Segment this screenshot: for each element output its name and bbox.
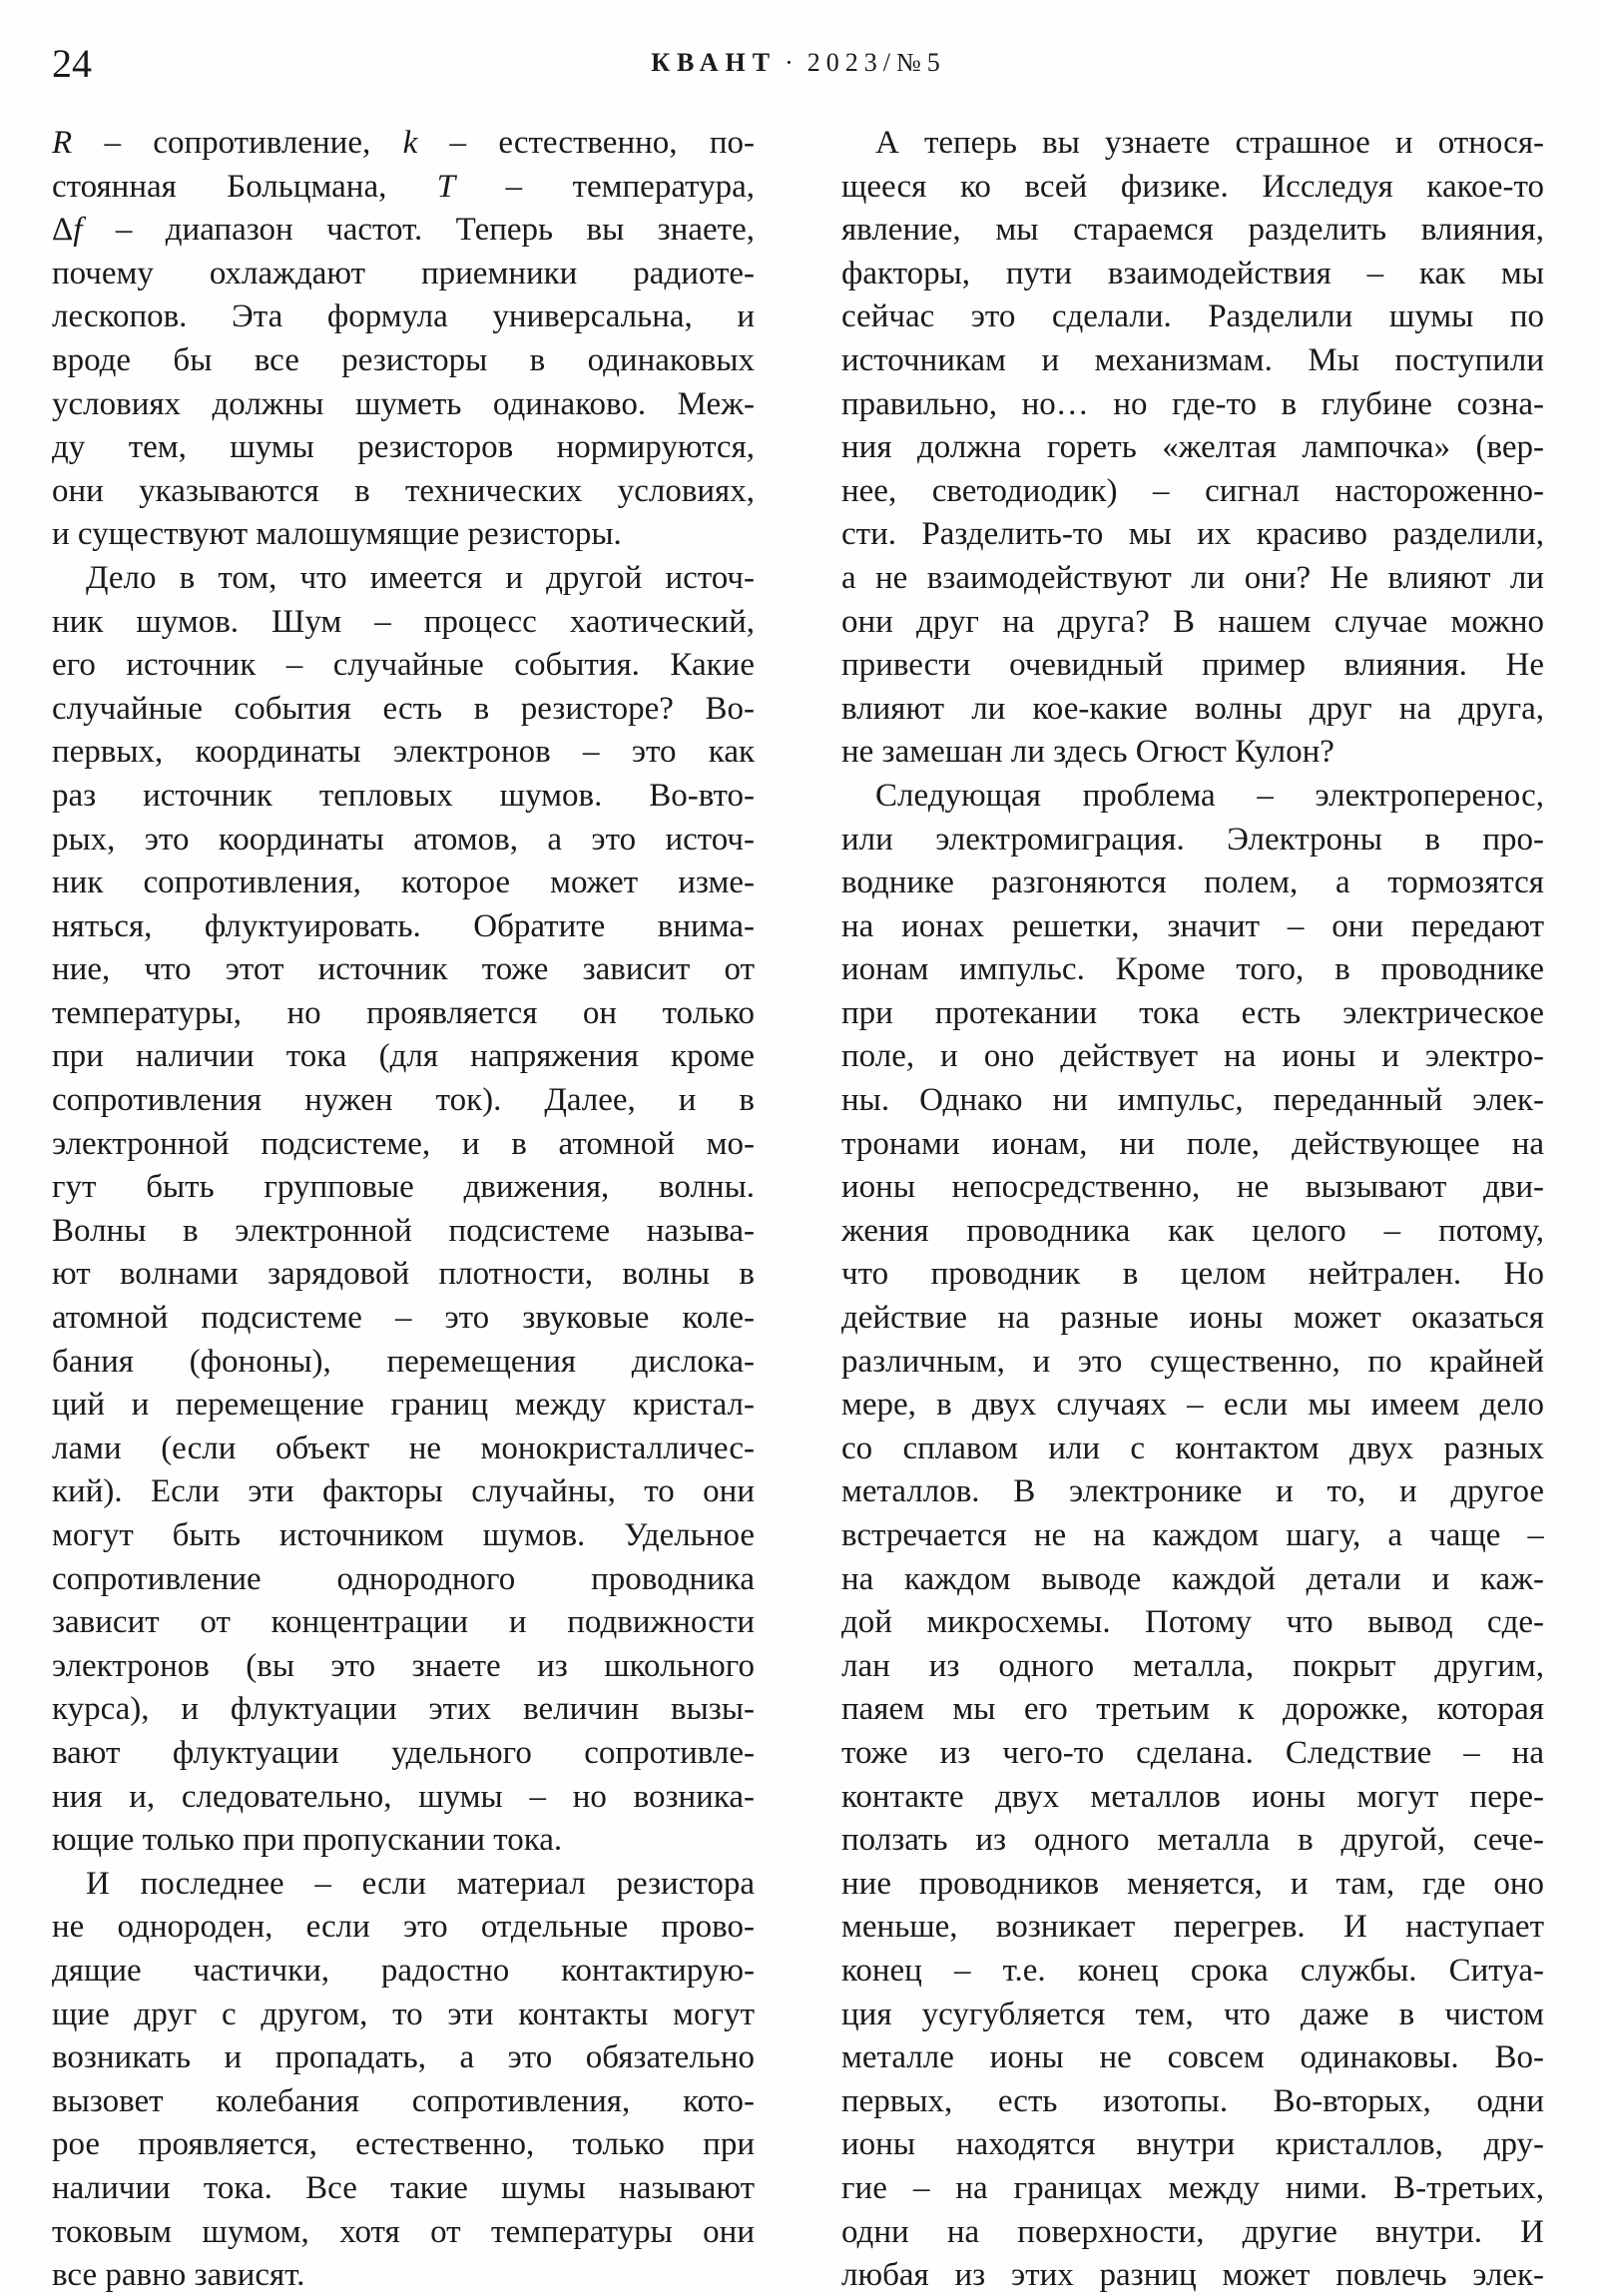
- text-line: случайные события есть в резисторе? Во-: [52, 688, 755, 732]
- text-line: могут быть источником шумов. Удельное: [52, 1514, 755, 1558]
- text-line: его источник – случайные события. Какие: [52, 644, 755, 688]
- text-line: металле ионы не совсем одинаковы. Во-: [841, 2036, 1544, 2080]
- text-line: они друг на друга? В нашем случае можно: [841, 601, 1544, 645]
- text-line: И последнее – если материал резистора: [52, 1863, 755, 1907]
- text-line: ник шумов. Шум – процесс хаотический,: [52, 601, 755, 645]
- left-column: R – сопротивление, k – естественно, по-с…: [52, 122, 755, 2296]
- separator: ·: [785, 48, 799, 77]
- text-line: ния должна гореть «желтая лампочка» (вер…: [841, 426, 1544, 470]
- var-T: T: [437, 169, 455, 205]
- running-head: КВАНТ·2023/№5: [0, 50, 1597, 76]
- text-line: все равно зависят.: [52, 2254, 755, 2296]
- text-line: почему охлаждают приемники радиоте-: [52, 253, 755, 296]
- text-line: воднике разгоняются полем, а тормозятся: [841, 861, 1544, 905]
- text-line: источникам и механизмам. Мы поступили: [841, 339, 1544, 383]
- text-line: зависит от концентрации и подвижности: [52, 1601, 755, 1645]
- text-line: электронной подсистеме, и в атомной мо-: [52, 1123, 755, 1167]
- text-line: Δf – диапазон частот. Теперь вы знаете,: [52, 209, 755, 253]
- text-line: вроде бы все резисторы в одинаковых: [52, 339, 755, 383]
- text-line: токовым шумом, хотя от температуры они: [52, 2211, 755, 2255]
- text-line: явление, мы стараемся разделить влияния,: [841, 209, 1544, 253]
- text-line: при наличии тока (для напряжения кроме: [52, 1035, 755, 1079]
- text-line: факторы, пути взаимодействия – как мы: [841, 253, 1544, 296]
- text-line: металлов. В электронике и то, и другое: [841, 1470, 1544, 1514]
- text-line: и существуют малошумящие резисторы.: [52, 513, 755, 557]
- text-line: или электромиграция. Электроны в про-: [841, 819, 1544, 862]
- text-line: конец – т.е. конец срока службы. Ситуа-: [841, 1950, 1544, 1994]
- magazine-title: КВАНТ: [651, 48, 777, 77]
- text-line: тоже из чего-то сделана. Следствие – на: [841, 1732, 1544, 1776]
- text-line: сопротивления нужен ток). Далее, и в: [52, 1079, 755, 1123]
- text-line: бания (фононы), перемещения дислока-: [52, 1341, 755, 1385]
- text-line: при протекании тока есть электрическое: [841, 992, 1544, 1036]
- text-line: электронов (вы это знаете из школьного: [52, 1645, 755, 1689]
- text-line: вызовет колебания сопротивления, кото-: [52, 2080, 755, 2124]
- text-line: курса), и флуктуации этих величин вызы-: [52, 1688, 755, 1732]
- text-line: первых, координаты электронов – это как: [52, 731, 755, 775]
- text-line: меньше, возникает перегрев. И наступает: [841, 1906, 1544, 1950]
- text-line: гут быть групповые движения, волны.: [52, 1166, 755, 1210]
- text-line: ние проводников меняется, и там, где оно: [841, 1863, 1544, 1907]
- text-line: рых, это координаты атомов, а это источ-: [52, 819, 755, 862]
- text-line: А теперь вы узнаете страшное и относя-: [841, 122, 1544, 166]
- text-line: ций и перемещение границ между кристал-: [52, 1384, 755, 1428]
- text-line: щие друг с другом, то эти контакты могут: [52, 1994, 755, 2037]
- text-line: ны. Однако ни импульс, переданный элек-: [841, 1079, 1544, 1123]
- text-line: дой микросхемы. Потому что вывод сде-: [841, 1601, 1544, 1645]
- text-line: рое проявляется, естественно, только при: [52, 2123, 755, 2167]
- text-line: ния и, следовательно, шумы – но возника-: [52, 1776, 755, 1820]
- text-line: R – сопротивление, k – естественно, по-: [52, 122, 755, 166]
- text-line: стоянная Больцмана, T – температура,: [52, 166, 755, 210]
- var-R: R: [52, 125, 72, 161]
- text-line: возникать и пропадать, а это обязательно: [52, 2036, 755, 2080]
- text-line: лан из одного металла, покрыт другим,: [841, 1645, 1544, 1689]
- text-line: Следующая проблема – электроперенос,: [841, 775, 1544, 819]
- var-k: k: [403, 125, 418, 161]
- text-line: а не взаимодействуют ли они? Не влияют л…: [841, 557, 1544, 601]
- text-line: любая из этих разниц может повлечь элек-: [841, 2254, 1544, 2296]
- text-line: не однороден, если это отдельные прово-: [52, 1906, 755, 1950]
- text-line: что проводник в целом нейтрален. Но: [841, 1253, 1544, 1297]
- text-line: встречается не на каждом шагу, а чаще –: [841, 1514, 1544, 1558]
- text-line: ют волнами зарядовой плотности, волны в: [52, 1253, 755, 1297]
- text-line: привести очевидный пример влияния. Не: [841, 644, 1544, 688]
- text-line: гие – на границах между ними. В-третьих,: [841, 2167, 1544, 2211]
- issue-number: 2023/№5: [807, 48, 946, 77]
- text-line: няться, флуктуировать. Обратите внима-: [52, 905, 755, 949]
- text-line: ионы находятся внутри кристаллов, дру-: [841, 2123, 1544, 2167]
- text-line: щееся ко всей физике. Исследуя какое-то: [841, 166, 1544, 210]
- text-line: одни на поверхности, другие внутри. И: [841, 2211, 1544, 2255]
- text-line: сейчас это сделали. Разделили шумы по: [841, 295, 1544, 339]
- text-line: ползать из одного металла в другой, сече…: [841, 1819, 1544, 1863]
- text-line: на ионах решетки, значит – они передают: [841, 905, 1544, 949]
- text-line: ние, что этот источник тоже зависит от: [52, 948, 755, 992]
- text-line: первых, есть изотопы. Во-вторых, одни: [841, 2080, 1544, 2124]
- text-line: ция усугубляется тем, что даже в чистом: [841, 1994, 1544, 2037]
- text-line: атомной подсистеме – это звуковые коле-: [52, 1297, 755, 1341]
- text-line: со сплавом или с контактом двух разных: [841, 1428, 1544, 1471]
- text-line: Волны в электронной подсистеме называ-: [52, 1210, 755, 1254]
- text-line: ющие только при пропускании тока.: [52, 1819, 755, 1863]
- text-line: ник сопротивления, которое может изме-: [52, 861, 755, 905]
- text-line: ионы непосредственно, не вызывают дви-: [841, 1166, 1544, 1210]
- text-line: тронами ионам, ни поле, действующее на: [841, 1123, 1544, 1167]
- text-line: условиях должны шуметь одинаково. Меж-: [52, 383, 755, 427]
- text-line: раз источник тепловых шумов. Во-вто-: [52, 775, 755, 819]
- text-line: наличии тока. Все такие шумы называют: [52, 2167, 755, 2211]
- text-line: они указываются в технических условиях,: [52, 470, 755, 514]
- text-line: вают флуктуации удельного сопротивле-: [52, 1732, 755, 1776]
- text-line: сти. Разделить-то мы их красиво разделил…: [841, 513, 1544, 557]
- right-column: А теперь вы узнаете страшное и относя-ще…: [841, 122, 1544, 2296]
- text-line: мере, в двух случаях – если мы имеем дел…: [841, 1384, 1544, 1428]
- text-line: дящие частички, радостно контактирую-: [52, 1950, 755, 1994]
- text-line: поле, и оно действует на ионы и электро-: [841, 1035, 1544, 1079]
- text-line: правильно, но… но где-то в глубине созна…: [841, 383, 1544, 427]
- text-line: жения проводника как целого – потому,: [841, 1210, 1544, 1254]
- text-line: на каждом выводе каждой детали и каж-: [841, 1558, 1544, 1602]
- text-line: влияют ли кое-какие волны друг на друга,: [841, 688, 1544, 732]
- text-line: кий). Если эти факторы случайны, то они: [52, 1470, 755, 1514]
- var-f: f: [73, 212, 82, 248]
- text-line: температуры, но проявляется он только: [52, 992, 755, 1036]
- text-line: паяем мы его третьим к дорожке, которая: [841, 1688, 1544, 1732]
- text-line: нее, светодиодик) – сигнал настороженно-: [841, 470, 1544, 514]
- text-line: ду тем, шумы резисторов нормируются,: [52, 426, 755, 470]
- text-line: Дело в том, что имеется и другой источ-: [52, 557, 755, 601]
- text-line: действие на разные ионы может оказаться: [841, 1297, 1544, 1341]
- text-line: контакте двух металлов ионы могут пере-: [841, 1776, 1544, 1820]
- text-line: ионам импульс. Кроме того, в проводнике: [841, 948, 1544, 992]
- text-line: лескопов. Эта формула универсальна, и: [52, 295, 755, 339]
- text-line: сопротивление однородного проводника: [52, 1558, 755, 1602]
- text-line: не замешан ли здесь Огюст Кулон?: [841, 731, 1544, 775]
- text-line: лами (если объект не монокристалличес-: [52, 1428, 755, 1471]
- text-line: различным, и это существенно, по крайней: [841, 1341, 1544, 1385]
